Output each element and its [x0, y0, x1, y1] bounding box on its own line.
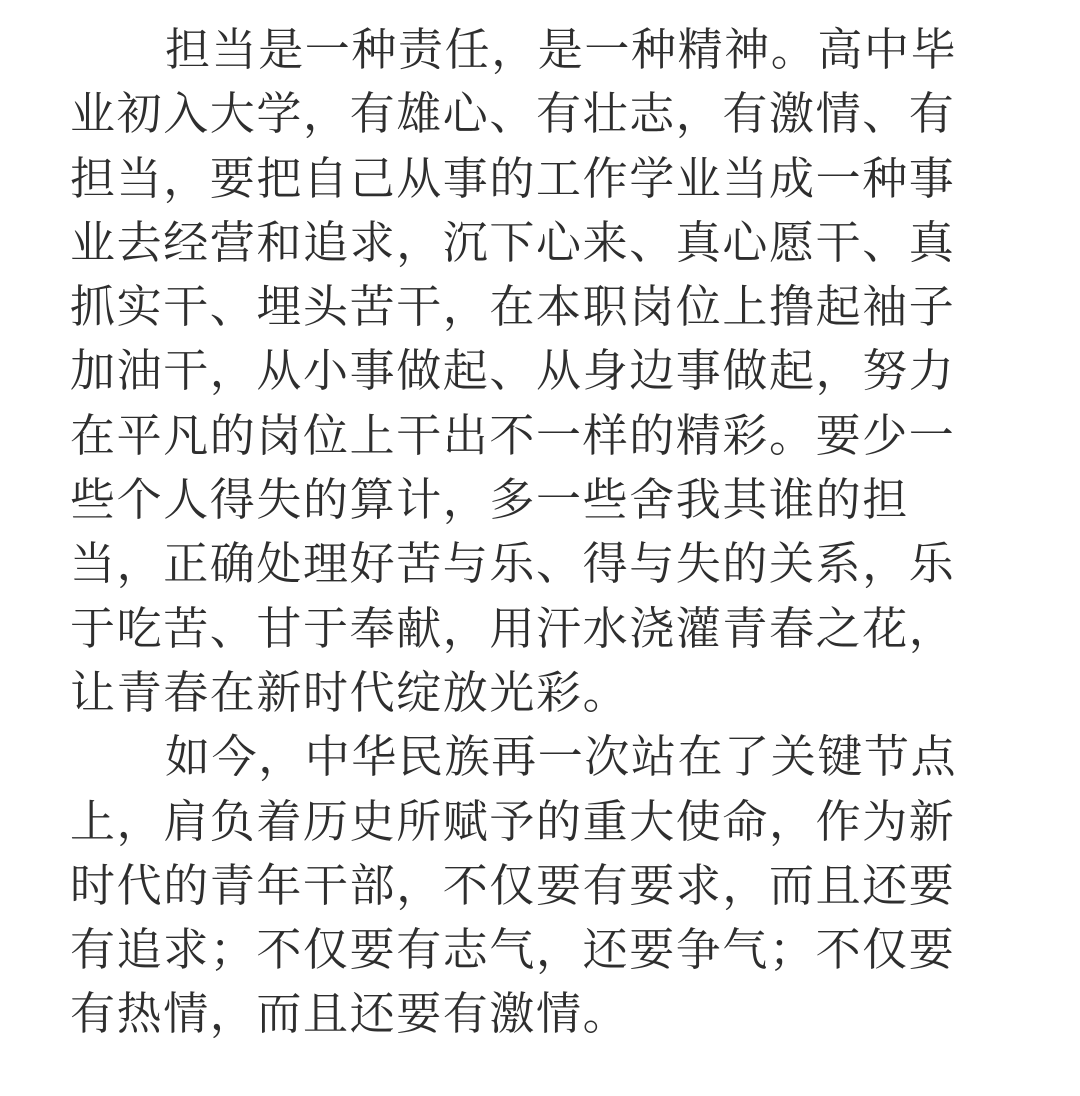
text-line: 有热情，而且还要有激情。 [70, 982, 990, 1046]
text-line: 加油干，从小事做起、从身边事做起，努力 [70, 339, 990, 403]
text-line: 上，肩负着历史所赋予的重大使命，作为新 [70, 790, 990, 854]
text-line: 时代的青年干部，不仅要有要求，而且还要 [70, 854, 990, 918]
paragraph-1: 担当是一种责任，是一种精神。高中毕 业初入大学，有雄心、有壮志，有激情、有 担当… [70, 18, 990, 725]
paragraph-2: 如今，中华民族再一次站在了关键节点 上，肩负着历史所赋予的重大使命，作为新 时代… [70, 725, 990, 1046]
text-line: 业去经营和追求，沉下心来、真心愿干、真 [70, 211, 990, 275]
text-line: 当，正确处理好苦与乐、得与失的关系，乐 [70, 532, 990, 596]
text-line: 有追求；不仅要有志气，还要争气；不仅要 [70, 918, 990, 982]
document-body: 担当是一种责任，是一种精神。高中毕 业初入大学，有雄心、有壮志，有激情、有 担当… [70, 18, 990, 1047]
text-line: 让青春在新时代绽放光彩。 [70, 661, 990, 725]
text-line: 于吃苦、甘于奉献，用汗水浇灌青春之花， [70, 597, 990, 661]
text-line: 抓实干、埋头苦干，在本职岗位上撸起袖子 [70, 275, 990, 339]
text-line: 担当，要把自己从事的工作学业当成一种事 [70, 147, 990, 211]
text-line: 在平凡的岗位上干出不一样的精彩。要少一 [70, 404, 990, 468]
text-line: 担当是一种责任，是一种精神。高中毕 [70, 18, 990, 82]
text-line: 业初入大学，有雄心、有壮志，有激情、有 [70, 82, 990, 146]
text-line: 些个人得失的算计，多一些舍我其谁的担 [70, 468, 990, 532]
text-line: 如今，中华民族再一次站在了关键节点 [70, 725, 990, 789]
